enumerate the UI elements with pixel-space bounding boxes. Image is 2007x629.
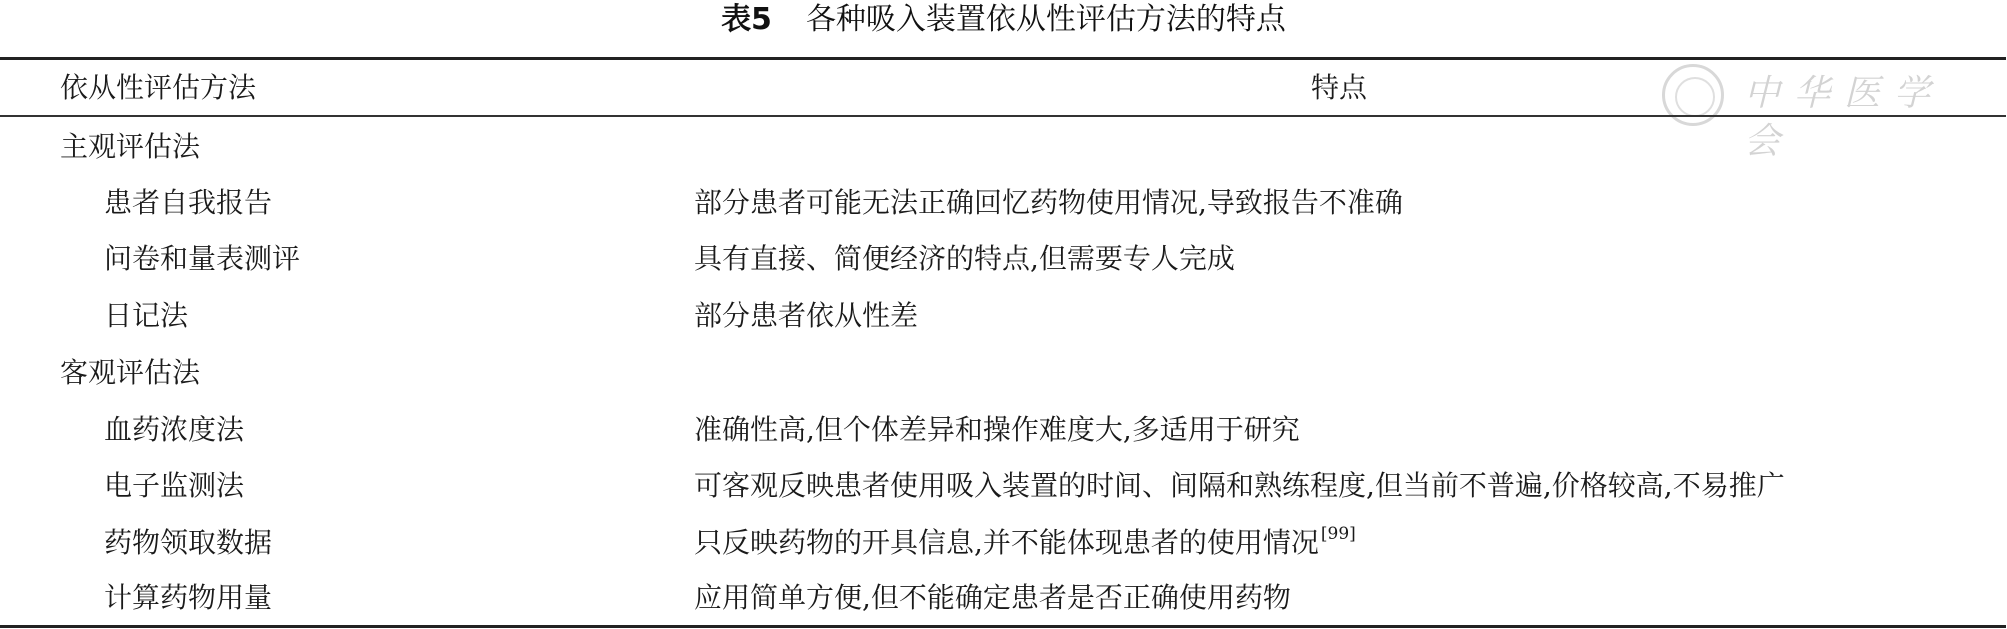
feature-cell: 只反映药物的开具信息,并不能体现患者的使用情况[99]: [694, 515, 1356, 575]
top-rule: [0, 57, 2006, 60]
citation-ref: [99]: [1321, 524, 1356, 544]
table-row: 问卷和量表测评 具有直接、简便经济的特点,但需要专人完成: [0, 231, 2007, 287]
table-caption: 表5各种吸入装置依从性评估方法的特点: [0, 0, 2007, 40]
method-cell: 客观评估法: [60, 345, 200, 401]
table-row: 药物领取数据 只反映药物的开具信息,并不能体现患者的使用情况[99]: [0, 515, 2007, 571]
table-row: 日记法 部分患者依从性差: [0, 288, 2007, 344]
feature-cell: 部分患者可能无法正确回忆药物使用情况,导致报告不准确: [694, 175, 1403, 231]
table-row: 血药浓度法 准确性高,但个体差异和操作难度大,多适用于研究: [0, 402, 2007, 458]
table-row: 计算药物用量 应用简单方便,但不能确定患者是否正确使用药物: [0, 570, 2007, 626]
method-cell: 电子监测法: [104, 458, 244, 514]
header-rule: [0, 115, 2006, 117]
feature-cell: 应用简单方便,但不能确定患者是否正确使用药物: [694, 570, 1291, 626]
feature-cell: 具有直接、简便经济的特点,但需要专人完成: [694, 231, 1235, 287]
feature-cell: 可客观反映患者使用吸入装置的时间、间隔和熟练程度,但当前不普遍,价格较高,不易推…: [694, 458, 1785, 514]
table-row: 电子监测法 可客观反映患者使用吸入装置的时间、间隔和熟练程度,但当前不普遍,价格…: [0, 458, 2007, 514]
feature-cell: 准确性高,但个体差异和操作难度大,多适用于研究: [694, 402, 1300, 458]
method-cell: 问卷和量表测评: [104, 231, 300, 287]
table-title: 各种吸入装置依从性评估方法的特点: [806, 2, 1286, 37]
header-feature: 特点: [1311, 66, 1367, 110]
bottom-rule: [0, 625, 2006, 628]
header-method: 依从性评估方法: [60, 66, 256, 110]
table-number: 表5: [721, 2, 772, 37]
method-cell: 血药浓度法: [104, 402, 244, 458]
method-cell: 日记法: [104, 288, 188, 344]
method-cell: 药物领取数据: [104, 515, 272, 571]
feature-cell: 部分患者依从性差: [694, 288, 918, 344]
table-row-group: 主观评估法: [0, 119, 2007, 175]
table-row: 患者自我报告 部分患者可能无法正确回忆药物使用情况,导致报告不准确: [0, 175, 2007, 231]
table-row-group: 客观评估法: [0, 345, 2007, 401]
method-cell: 计算药物用量: [104, 570, 272, 626]
method-cell: 患者自我报告: [104, 175, 272, 231]
method-cell: 主观评估法: [60, 119, 200, 175]
feature-text: 只反映药物的开具信息,并不能体现患者的使用情况: [694, 526, 1319, 559]
